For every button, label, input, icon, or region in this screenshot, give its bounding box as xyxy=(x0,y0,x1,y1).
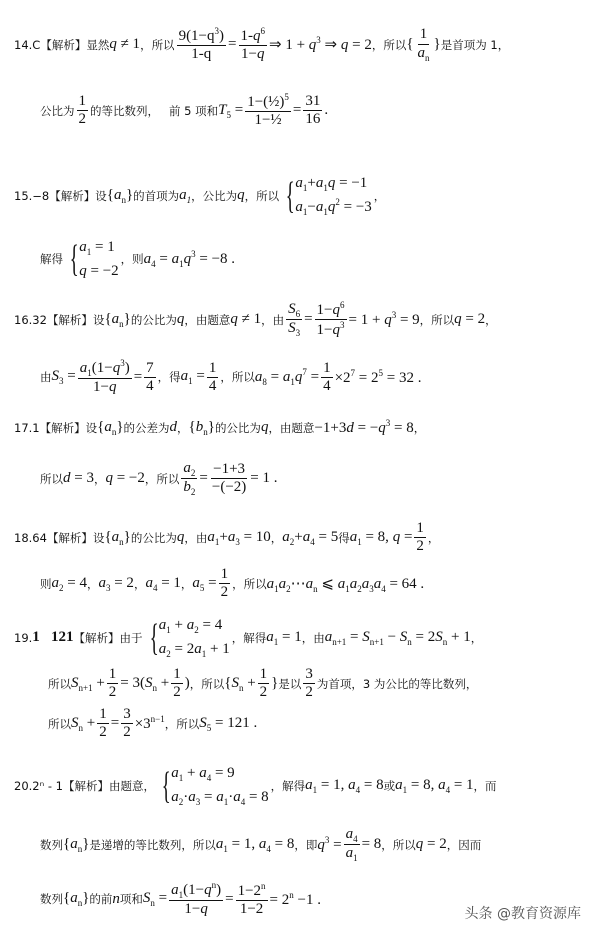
problem-17-line-1: 17. 1 【解析】 设 {an} 的公差为 d ， {bn} 的公比为 q ，… xyxy=(14,418,425,437)
problem-19-line-2: 所以 Sn+1 +12 = 3(Sn +12) ，所以 {Sn +12} 是以 … xyxy=(48,666,477,702)
problem-20-line-1: 20. 2ⁿ - 1 【解析】 由题意， { a1 + a4 = 9 a2·a3… xyxy=(14,762,497,809)
problem-number: 14. xyxy=(14,38,32,52)
problem-16-line-1: 16. 32 【解析】 设 {an} 的公比为 q ，由题意 q ≠ 1 ，由 … xyxy=(14,300,497,340)
problem-18-line-1: 18. 64 【解析】 设 {an} 的公比为 q ，由 a1+a3 = 10 … xyxy=(14,520,439,556)
problem-16-line-2: 由 S3 = a1(1−q3)1−q =74 ，得 a1 =14 ，所以 a8 … xyxy=(40,358,421,397)
problem-19-line-3: 所以 Sn +12 =32×3n−1 ，所以 S5 = 121 . xyxy=(48,706,257,742)
problem-20-line-2: 数列 {an} 是递增的等比数列，所以 a1 = 1, a4 = 8 ，即 q3… xyxy=(40,826,481,864)
problem-14-line-2: 公比为 12 的等比数列， 前 5 项和 T5 = 1−(½)51−½ = 31… xyxy=(40,92,328,130)
fraction: 9(1−q3)1-q xyxy=(177,26,226,64)
problem-19-line-1: 19. 1 121 【解析】 由于 { a1 + a2 = 4 a2 = 2a1… xyxy=(14,614,482,661)
equation-system: { a1+a1q = −1 a1−a1q2 = −3 xyxy=(281,172,372,219)
problem-18-line-2: 则 a2 = 4 ， a3 = 2 ， a4 = 1 ， a5 =12 ，所以 … xyxy=(40,566,424,602)
answer: C xyxy=(32,38,40,52)
problem-17-line-2: 所以 d = 3 ， q = −2 ，所以 a2b2 =−1+3−(−2) = … xyxy=(40,460,278,498)
problem-15-line-1: 15. −8 【解析】 设 {an} 的首项为 a1 ，公比为 q ，所以 { … xyxy=(14,172,385,219)
problem-15-line-2: 解得 { a1 = 1q = −2 ，则 a4 = a1q3 = −8 . xyxy=(40,236,235,282)
watermark: 头条 @教育资源库 xyxy=(465,903,581,923)
problem-14-line-1: 14. C 【解析】 显然 q ≠ 1 ，所以 9(1−q3)1-q = 1-q… xyxy=(14,26,509,64)
analysis-tag: 【解析】 xyxy=(40,37,86,53)
problem-20-line-3: 数列 {an} 的前 n 项和 Sn = a1(1−qn)1−q =1−2n1−… xyxy=(40,880,321,919)
